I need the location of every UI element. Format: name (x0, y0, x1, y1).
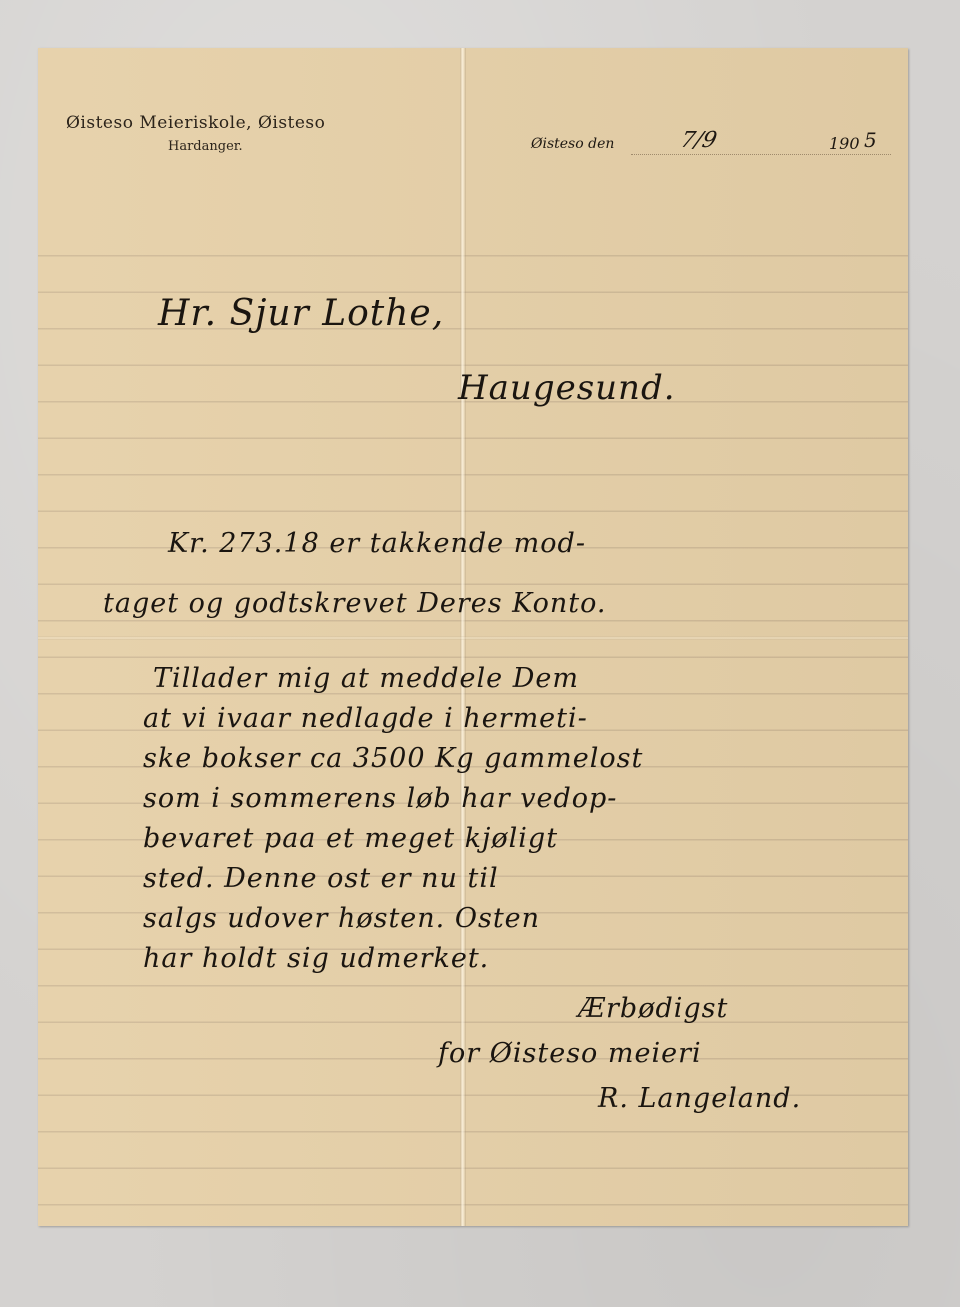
body-line: taget og godtskrevet Deres Konto. (103, 588, 606, 619)
body-line: Tillader mig at meddele Dem (153, 663, 579, 694)
body-line: Kr. 273.18 er takkende mod- (168, 528, 586, 559)
body-line: som i sommerens løb har vedop- (143, 783, 617, 814)
body-line: har holdt sig udmerket. (143, 943, 489, 974)
dateline-year-printed: 190 (829, 134, 860, 153)
recipient-name: Hr. Sjur Lothe, (158, 293, 444, 334)
recipient-city: Haugesund. (458, 368, 676, 408)
letterhead-region: Hardanger. (168, 139, 325, 154)
dateline-dotted-rule (631, 154, 891, 155)
dateline-place: Øisteso den (531, 136, 614, 152)
closing-salutation: Ærbødigst (578, 993, 728, 1024)
body-line: bevaret paa et meget kjøligt (143, 823, 558, 854)
letter-sheet: Øisteso Meieriskole, Øisteso Hardanger. … (38, 48, 908, 1226)
dateline-year-handwritten: 5 (864, 128, 877, 152)
body-line: sted. Denne ost er nu til (143, 863, 499, 894)
body-line: salgs udover høsten. Osten (143, 903, 540, 934)
letterhead-school-name: Øisteso Meieriskole, Øisteso (66, 113, 325, 133)
horizontal-fold-crease (38, 636, 908, 640)
body-line: at vi ivaar nedlagde i hermeti- (143, 703, 588, 734)
dateline-day-month: 7/9 (678, 128, 719, 153)
closing-on-behalf: for Øisteso meieri (438, 1038, 702, 1069)
dateline: Øisteso den 7/9 190 5 (531, 128, 911, 158)
letterhead: Øisteso Meieriskole, Øisteso Hardanger. (66, 113, 325, 154)
body-line: ske bokser ca 3500 Kg gammelost (143, 743, 643, 774)
signature: R. Langeland. (598, 1083, 801, 1114)
